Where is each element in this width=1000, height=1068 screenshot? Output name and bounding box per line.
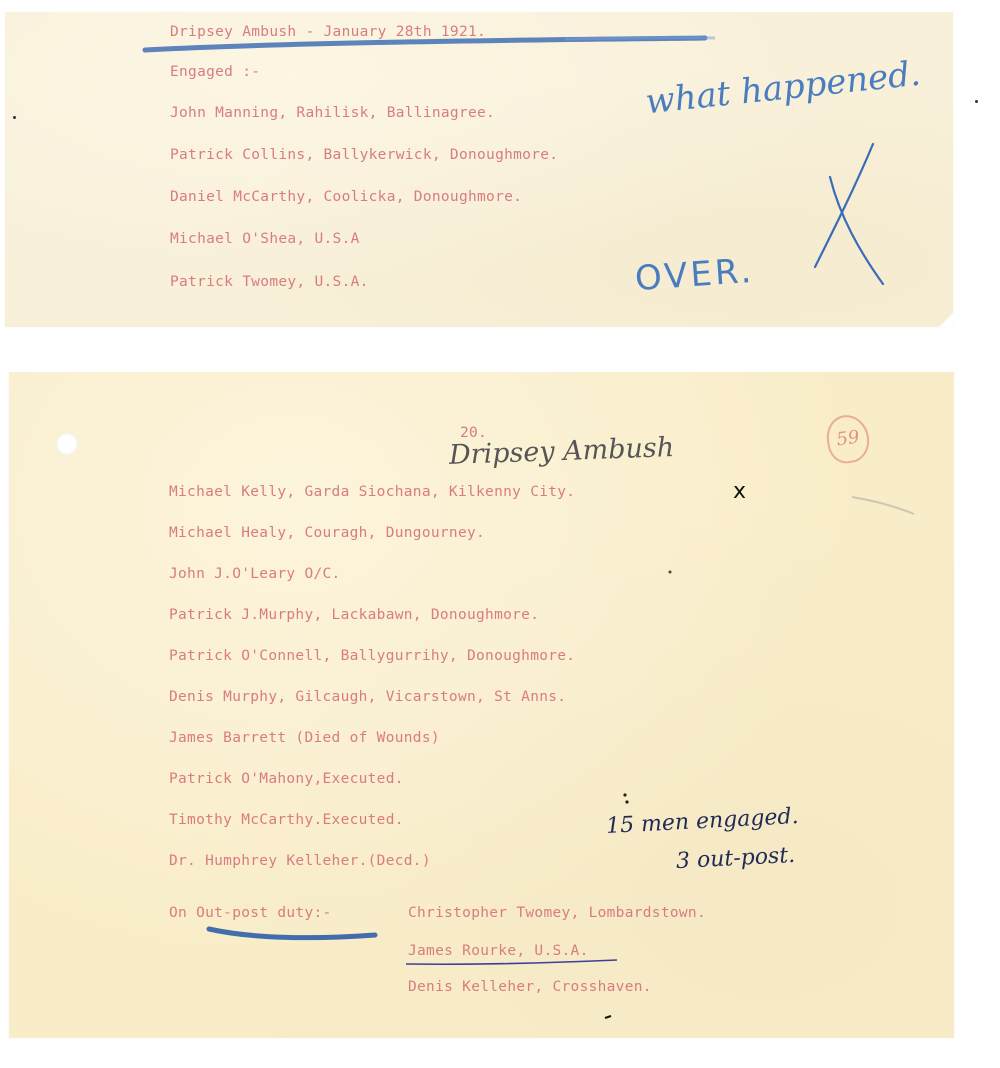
paper-speck	[13, 116, 16, 119]
folded-corner	[939, 313, 953, 327]
men-engaged-annotation: 15 men engaged.	[605, 804, 799, 839]
cross-mark: x	[733, 479, 746, 504]
list-item: Patrick J.Murphy, Lackabawn, Donoughmore…	[169, 606, 539, 624]
outpost-label: On Out-post duty:-	[169, 904, 332, 922]
outpost-item: James Rourke, U.S.A.	[408, 942, 589, 960]
outpost-item: Denis Kelleher, Crosshaven.	[408, 978, 652, 996]
list-item: Michael Healy, Couragh, Dungourney.	[169, 524, 485, 542]
list-item: Denis Murphy, Gilcaugh, Vicarstown, St A…	[169, 688, 566, 706]
list-item: Patrick O'Mahony,Executed.	[169, 770, 404, 788]
out-post-annotation: 3 out-post.	[675, 843, 795, 874]
pencil-strike-line	[5, 12, 953, 327]
list-item: Michael O'Shea, U.S.A	[170, 230, 360, 248]
punch-hole	[56, 433, 78, 455]
paper-speck	[975, 100, 978, 103]
list-item: John J.O'Leary O/C.	[169, 565, 341, 583]
list-item: Michael Kelly, Garda Siochana, Kilkenny …	[169, 483, 575, 501]
card-title: Dripsey Ambush - January 28th 1921.	[170, 23, 486, 41]
list-item: Patrick Collins, Ballykerwick, Donoughmo…	[170, 146, 558, 164]
handwritten-title: Dripsey Ambush	[449, 432, 675, 471]
list-item: Dr. Humphrey Kelleher.(Decd.)	[169, 852, 431, 870]
list-item: Daniel McCarthy, Coolicka, Donoughmore.	[170, 188, 522, 206]
index-card-bottom: 20. Dripsey Ambush 59 Michael Kelly, Gar…	[9, 372, 954, 1038]
what-happened-annotation: what happened.	[644, 54, 923, 123]
list-item: Patrick Twomey, U.S.A.	[170, 273, 369, 291]
engaged-label: Engaged :-	[170, 63, 260, 81]
list-item: Timothy McCarthy.Executed.	[169, 811, 404, 829]
over-annotation: OVER.	[634, 251, 756, 299]
folio-number-stamp: 59	[824, 412, 872, 465]
index-card-top: Dripsey Ambush - January 28th 1921. Enga…	[5, 12, 953, 327]
outpost-item: Christopher Twomey, Lombardstown.	[408, 904, 706, 922]
list-item: Patrick O'Connell, Ballygurrihy, Donough…	[169, 647, 575, 665]
list-item: John Manning, Rahilisk, Ballinagree.	[170, 104, 495, 122]
list-item: James Barrett (Died of Wounds)	[169, 729, 440, 747]
